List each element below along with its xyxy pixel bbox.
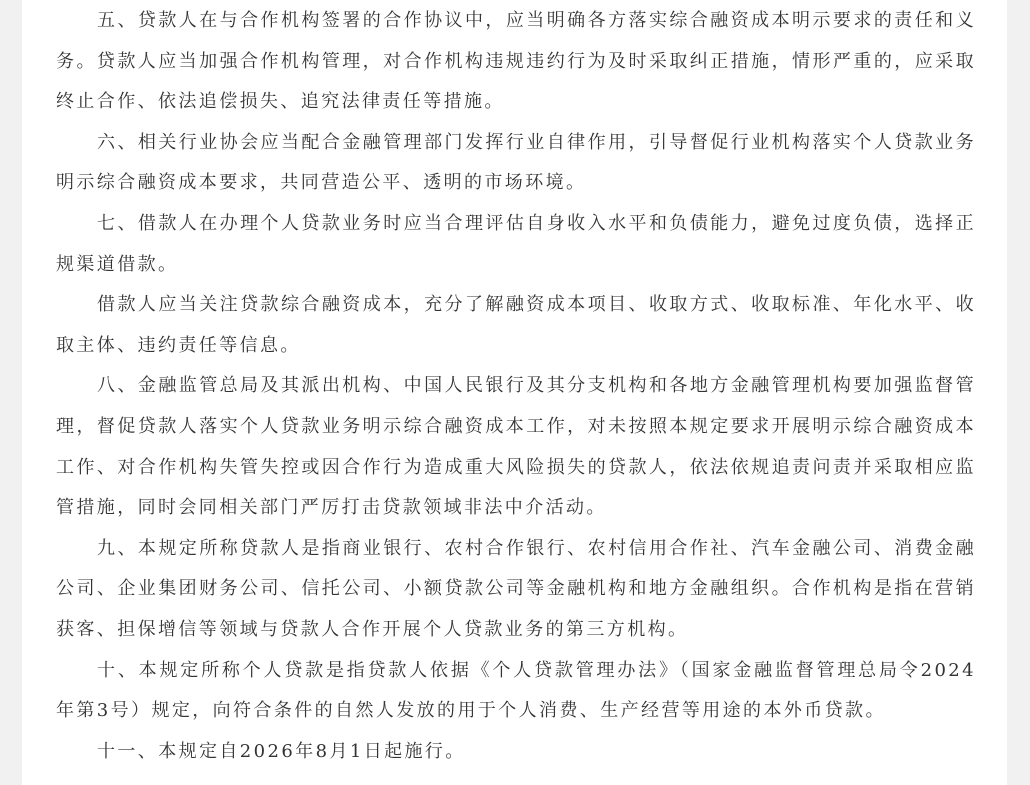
paragraph-item-6: 六、相关行业协会应当配合金融管理部门发挥行业自律作用，引导督促行业机构落实个人贷… [56,123,976,204]
paragraph-item-9: 九、本规定所称贷款人是指商业银行、农村合作银行、农村信用合作社、汽车金融公司、消… [56,529,976,651]
paragraph-item-10: 十、本规定所称个人贷款是指贷款人依据《个人贷款管理办法》（国家金融监督管理总局令… [56,651,976,732]
paragraph-item-11: 十一、本规定自2026年8月1日起施行。 [56,732,976,773]
document-page: 五、贷款人在与合作机构签署的合作协议中，应当明确各方落实综合融资成本明示要求的责… [22,0,1007,785]
paragraph-item-5: 五、贷款人在与合作机构签署的合作协议中，应当明确各方落实综合融资成本明示要求的责… [56,1,976,123]
paragraph-item-8: 八、金融监管总局及其派出机构、中国人民银行及其分支机构和各地方金融管理机构要加强… [56,366,976,528]
paragraph-borrower-attention: 借款人应当关注贷款综合融资成本，充分了解融资成本项目、收取方式、收取标准、年化水… [56,285,976,366]
paragraph-item-7: 七、借款人在办理个人贷款业务时应当合理评估自身收入水平和负债能力，避免过度负债，… [56,204,976,285]
document-body: 五、贷款人在与合作机构签署的合作协议中，应当明确各方落实综合融资成本明示要求的责… [56,0,976,772]
